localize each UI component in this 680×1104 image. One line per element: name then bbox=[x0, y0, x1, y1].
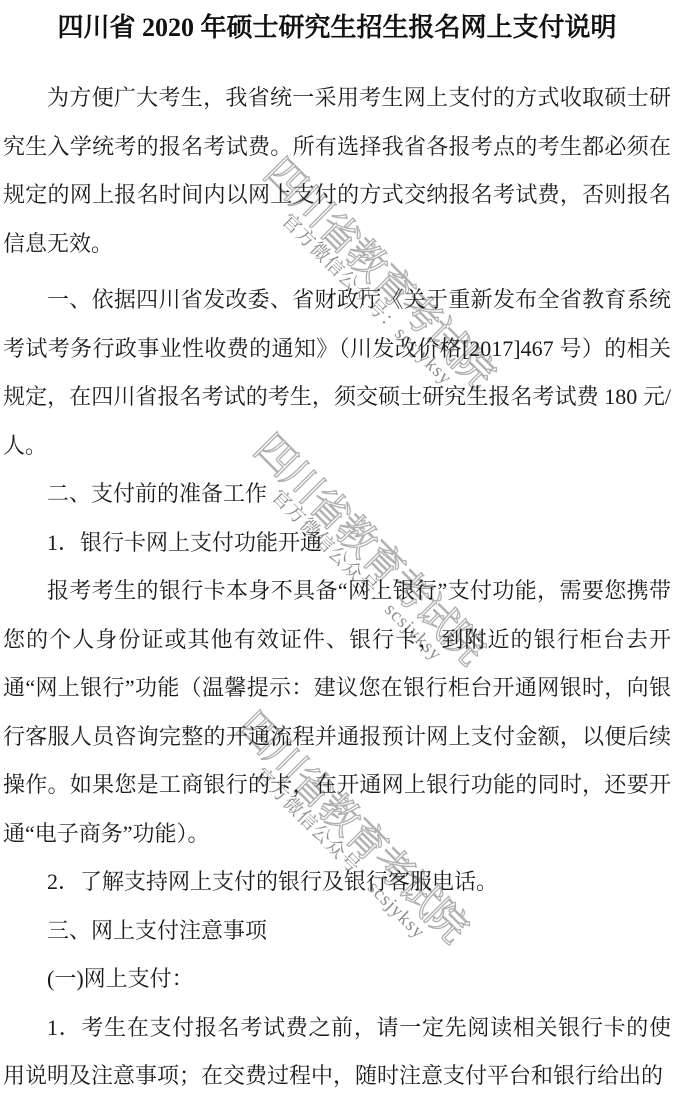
document-body: 四川省 2020 年硕士研究生招生报名网上支付说明 为方便广大考生，我省统一采用… bbox=[0, 0, 680, 1101]
paragraph-payment-notice: 1．考生在支付报名考试费之前，请一定先阅读相关银行卡的使用说明及注意事项；在交费… bbox=[3, 1004, 671, 1101]
heading-section-2-item-1: 1．银行卡网上支付功能开通 bbox=[3, 519, 671, 568]
paragraph-section-1-fee: 一、依据四川省发改委、省财政厅《关于重新发布全省教育系统考试考务行政事业性收费的… bbox=[3, 276, 671, 470]
heading-section-3: 三、网上支付注意事项 bbox=[3, 907, 671, 956]
heading-section-2: 二、支付前的准备工作 bbox=[3, 470, 671, 519]
paragraph-bank-card-activation: 报考考生的银行卡本身不具备“网上银行”支付功能，需要您携带您的个人身份证或其他有… bbox=[3, 567, 671, 858]
heading-section-2-item-2: 2．了解支持网上支付的银行及银行客服电话。 bbox=[3, 858, 671, 907]
document-page: 四川省教育考试院 官方微信公众号：scsjyksy 四川省教育考试院 官方微信公… bbox=[0, 0, 680, 1104]
heading-section-3-sub-1: (一)网上支付： bbox=[3, 955, 671, 1004]
page-title: 四川省 2020 年硕士研究生招生报名网上支付说明 bbox=[3, 10, 671, 46]
paragraph-intro: 为方便广大考生，我省统一采用考生网上支付的方式收取硕士研究生入学统考的报名考试费… bbox=[3, 74, 671, 268]
